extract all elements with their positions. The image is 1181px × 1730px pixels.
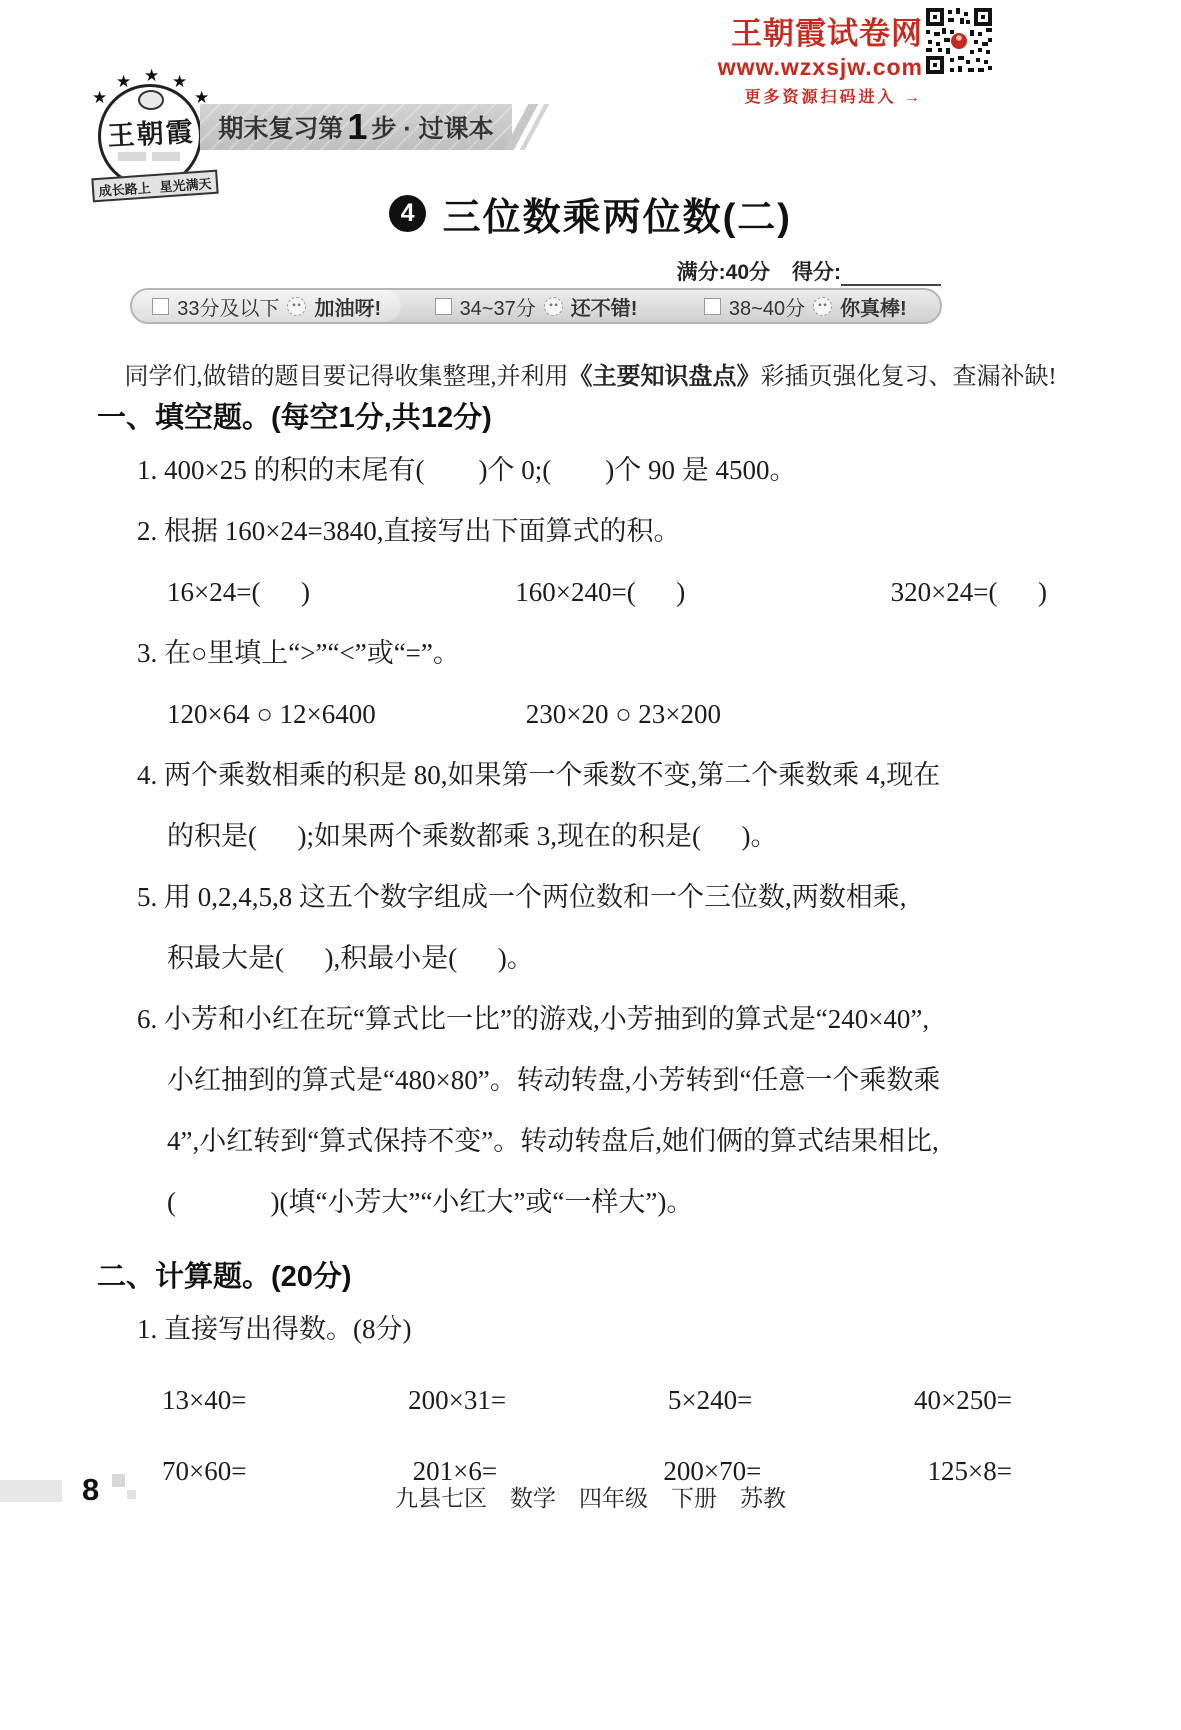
- score-blank-line: [841, 266, 941, 286]
- question-line: 积最大是( ),积最小是( )。: [137, 928, 1087, 989]
- question-line: ( )(填“小芳大”“小红大”或“一样大”)。: [137, 1172, 1087, 1233]
- score-line: 满分:40分得分:: [677, 256, 941, 286]
- question-line: 3. 在○里填上“>”“<”或“=”。: [137, 623, 1087, 684]
- full-score-label: 满分:40分: [677, 261, 770, 284]
- question-5: 5. 用 0,2,4,5,8 这五个数字组成一个两位数和一个三位数,两数相乘, …: [137, 867, 1087, 989]
- footer-edition-text: 九县七区 数学 四年级 下册 苏教: [0, 1480, 1181, 1513]
- worksheet-page: 王朝霞试卷网 www.wzxsjw.com 更多资源扫码进入 → ★ ★ ★: [0, 0, 1181, 1730]
- question-line: 1. 400×25 的积的末尾有( )个 0;( )个 90 是 4500。: [137, 440, 1087, 501]
- question-line: 2. 根据 160×24=3840,直接写出下面算式的积。: [137, 501, 1087, 562]
- question-line: 的积是( );如果两个乘数都乘 3,现在的积是( )。: [137, 806, 1087, 867]
- section2-heading: 二、计算题。(20分): [97, 1255, 1087, 1299]
- qr-caption: 更多资源扫码进入 →: [718, 84, 923, 107]
- title-number-badge: 4: [389, 195, 426, 232]
- title-text: 三位数乘两位数(二): [443, 186, 792, 241]
- brand-site-url: www.wzxsjw.com: [718, 54, 923, 81]
- section1-heading: 一、填空题。(每空1分,共12分): [97, 396, 1087, 440]
- notice-line: 同学们,做错的题目要记得收集整理,并利用《主要知识盘点》彩插页强化复习、查漏补缺…: [0, 356, 1181, 391]
- smiley-icon: [544, 297, 563, 316]
- score-band-high: 38~40分 你真棒!: [671, 292, 940, 321]
- band-comment: 你真棒!: [840, 292, 907, 321]
- score-bands: 33分及以下 加油呀! 34~37分 还不错! 38~40分 你真棒!: [130, 288, 942, 324]
- smiley-icon: [287, 297, 306, 316]
- expression: 40×250=: [914, 1370, 1012, 1431]
- band-range: 38~40分: [729, 292, 805, 321]
- star-icon: ★: [92, 88, 107, 108]
- star-icon: ★: [172, 72, 187, 92]
- tiny-label-box: [152, 152, 180, 161]
- question-line: 5. 用 0,2,4,5,8 这五个数字组成一个两位数和一个三位数,两数相乘,: [137, 867, 1087, 928]
- qr-code-icon: [926, 8, 992, 74]
- main-content: 一、填空题。(每空1分,共12分) 1. 400×25 的积的末尾有( )个 0…: [97, 396, 1087, 1502]
- question-line: 6. 小芳和小红在玩“算式比一比”的游戏,小芳抽到的算式是“240×40”,: [137, 989, 1087, 1050]
- expression: 230×20 ○ 23×200: [526, 684, 721, 745]
- page-title: 4 三位数乘两位数(二): [0, 186, 1181, 241]
- notice-bold: 《主要知识盘点》: [569, 363, 761, 390]
- notice-post: 彩插页强化复习、查漏补缺!: [761, 364, 1057, 390]
- question-line: 4. 两个乘数相乘的积是 80,如果第一个乘数不变,第二个乘数乘 4,现在: [137, 745, 1087, 806]
- question-3-expressions: 120×64 ○ 12×6400 230×20 ○ 23×200: [137, 684, 1087, 745]
- question-line: 4”,小红转到“算式保持不变”。转动转盘后,她们俩的算式结果相比,: [137, 1111, 1087, 1172]
- tiny-label-box: [118, 152, 146, 161]
- calc-subheading-block: 1. 直接写出得数。(8分): [137, 1299, 1087, 1360]
- question-4: 4. 两个乘数相乘的积是 80,如果第一个乘数不变,第二个乘数乘 4,现在 的积…: [137, 745, 1087, 867]
- expression: 13×40=: [162, 1370, 246, 1431]
- smiley-icon: [813, 297, 832, 316]
- expression: 320×24=( ): [891, 562, 1047, 623]
- question-2: 2. 根据 160×24=3840,直接写出下面算式的积。 16×24=( ) …: [137, 501, 1087, 623]
- band-comment: 还不错!: [571, 292, 638, 321]
- question-6: 6. 小芳和小红在玩“算式比一比”的游戏,小芳抽到的算式是“240×40”, 小…: [137, 989, 1087, 1233]
- brand-site-name: 王朝霞试卷网: [718, 8, 923, 53]
- checkbox-icon[interactable]: [435, 298, 452, 315]
- calc-subheading: 1. 直接写出得数。(8分): [137, 1299, 1087, 1360]
- band-range: 34~37分: [460, 292, 536, 321]
- question-1: 1. 400×25 的积的末尾有( )个 0;( )个 90 是 4500。: [137, 440, 1087, 501]
- star-icon: ★: [144, 66, 159, 86]
- stamp-small-labels: [118, 152, 180, 161]
- question-3: 3. 在○里填上“>”“<”或“=”。 120×64 ○ 12×6400 230…: [137, 623, 1087, 745]
- notice-pre: 同学们,做错的题目要记得收集整理,并利用: [125, 364, 569, 390]
- checkbox-icon[interactable]: [152, 298, 169, 315]
- band-range: 33分及以下: [177, 292, 279, 321]
- expression: 200×31=: [408, 1370, 506, 1431]
- calc-row-1: 13×40= 200×31= 5×240= 40×250=: [162, 1370, 1012, 1431]
- banner-step-number: 1: [345, 106, 369, 148]
- score-band-low: 33分及以下 加油呀!: [132, 290, 401, 322]
- question-line: 小红抽到的算式是“480×80”。转动转盘,小芳转到“任意一个乘数乘: [137, 1050, 1087, 1111]
- brand-block: 王朝霞试卷网 www.wzxsjw.com 更多资源扫码进入 →: [718, 8, 923, 107]
- band-comment: 加油呀!: [314, 292, 381, 321]
- banner-suffix: 步 · 过课本: [371, 109, 493, 145]
- expression: 16×24=( ): [167, 562, 310, 623]
- header-banner: 期末复习第 1 步 · 过课本: [200, 104, 512, 150]
- stamp-name: 王朝霞: [103, 110, 199, 154]
- score-band-mid: 34~37分 还不错!: [401, 292, 670, 321]
- checkbox-icon[interactable]: [704, 298, 721, 315]
- question-2-expressions: 16×24=( ) 160×240=( ) 320×24=( ): [137, 562, 1087, 623]
- banner-prefix: 期末复习第: [218, 109, 343, 145]
- portrait-icon: [138, 90, 164, 110]
- expression: 120×64 ○ 12×6400: [167, 684, 376, 745]
- expression: 5×240=: [668, 1370, 752, 1431]
- expression: 160×240=( ): [515, 562, 685, 623]
- score-label: 得分:: [792, 261, 841, 284]
